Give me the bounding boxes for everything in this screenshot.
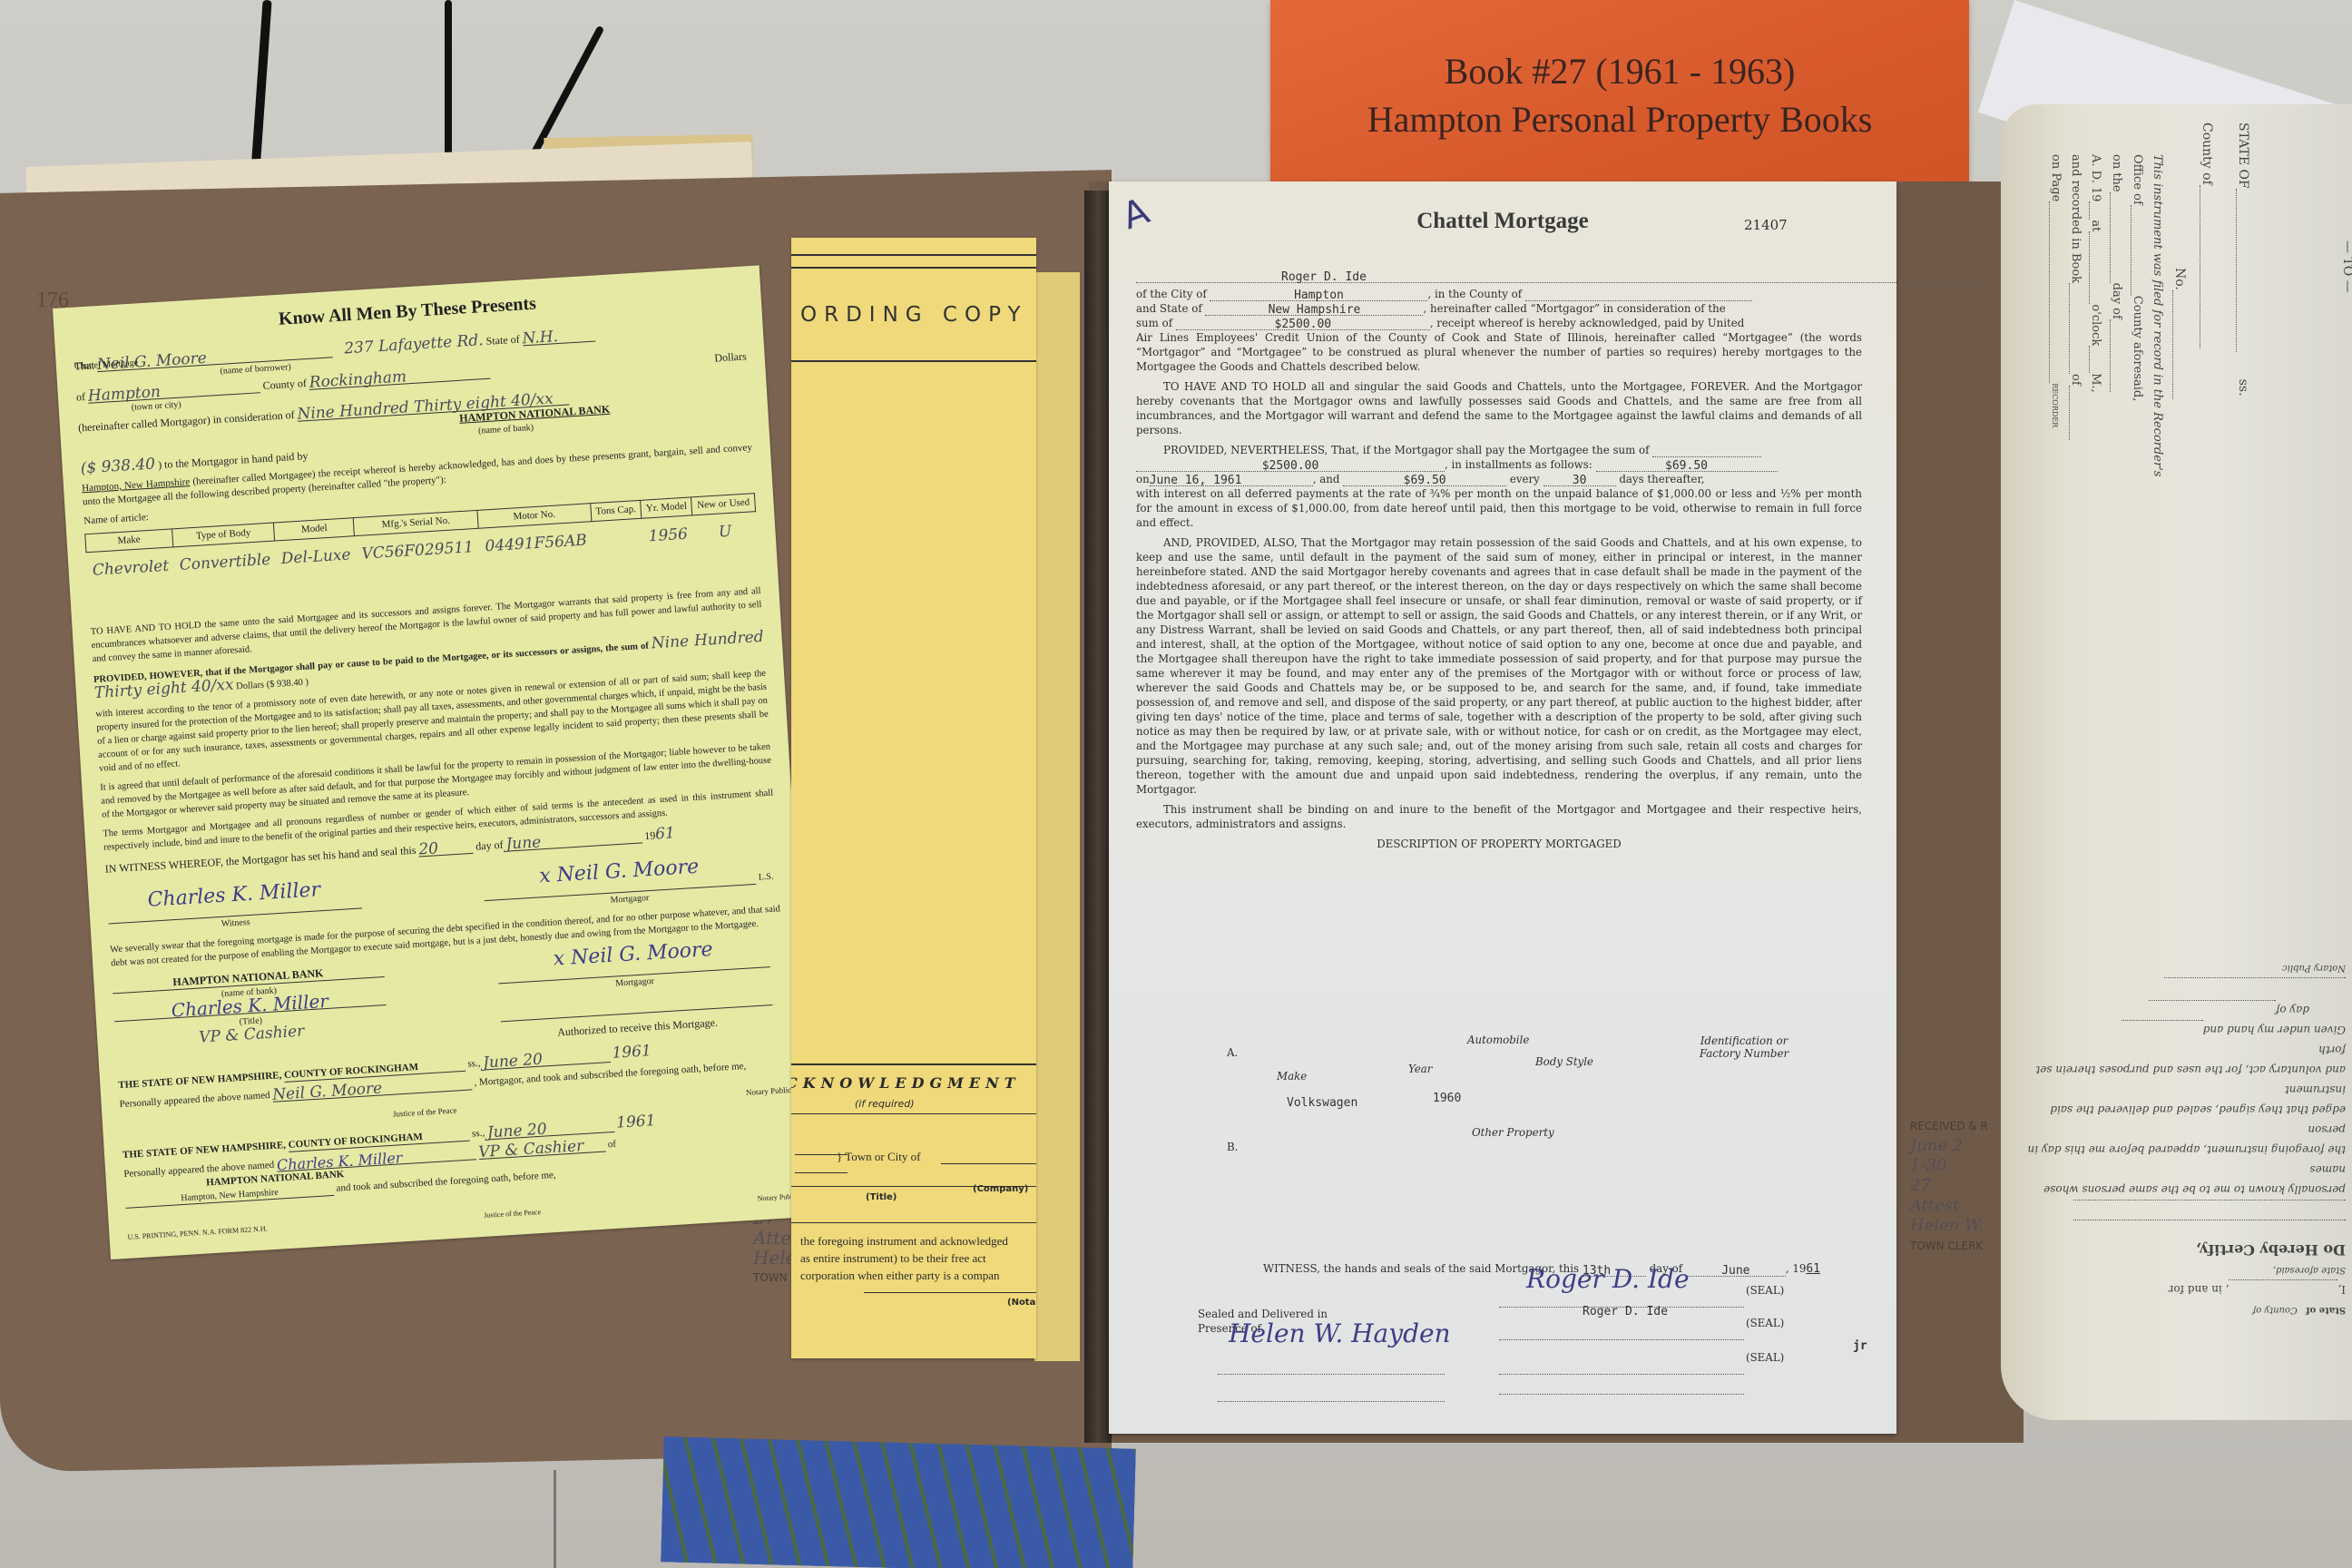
cert-notary-public: Notary Public [2010,957,2346,977]
cable [250,0,271,172]
recording-copy-strip: ORDING COPY CKNOWLEDGMENT (if required) … [791,238,1036,1358]
days-label: days thereafter, [1619,473,1704,485]
book-label-sign: Book #27 (1961 - 1963) Hampton Personal … [1270,0,1969,181]
installments-label: , in installments as follows: [1445,458,1592,471]
witness-day: 20 [418,840,474,857]
office-of-label: Office of [2131,154,2144,205]
property-table-cell [592,518,644,558]
table-edge [554,1470,556,1568]
stamp-book: 27 [1910,1176,1988,1196]
cert-line: personally known to me to be the same pe… [2010,1160,2346,1200]
dollars-label: Dollars [714,349,747,365]
seal-label: (SEAL) [1746,1316,1784,1330]
justice-caption: Justice of the Peace [484,1205,542,1222]
state-of-label: STATE OF [2236,122,2250,189]
to-label: — TO — [2340,240,2352,293]
sum-label: sum of [1136,317,1172,329]
stamp-on: June 2 [1910,1136,1988,1156]
ad-row: A. D. 19ato'clockM., [2089,154,2102,393]
provided-also-paragraph: AND, PROVIDED, ALSO, That the Mortgagor … [1136,535,1862,797]
if-required-label: (if required) [855,1098,915,1110]
cert-i-label: I, [2337,1283,2346,1296]
cert-state-aforesaid: State aforesaid, [2010,1259,2346,1279]
property-table-cell: U [692,512,758,553]
book-row: and recorded in Bookof [2069,154,2082,440]
sign-subtitle: Hampton Personal Property Books [1270,98,1969,141]
ack-body-line: as entire instrument) to be their free a… [800,1249,1036,1267]
installment-amount: $69.50 [1665,459,1708,473]
description-heading: DESCRIPTION OF PROPERTY MORTGAGED [1136,837,1862,851]
mortgagor-name: Roger D. Ide [1281,270,1367,284]
county-aforesaid: County aforesaid, [2131,296,2144,402]
property-table-cell: 1956 [642,515,695,555]
sign-title: Book #27 (1961 - 1963) [1270,50,1969,93]
year-prefix: , 19 [1786,1262,1807,1275]
chattel-mortgage-document: A Chattel Mortgage 21407 Roger D. Ide of… [1109,181,1896,1434]
ack-body: the foregoing instrument and acknowledge… [800,1232,1036,1284]
subsequent-amount: $69.50 [1404,474,1446,487]
witness-year: 61 [655,824,676,843]
day-of-label: day of [475,838,504,853]
binding-paragraph: This instrument shall be binding on and … [1136,802,1862,831]
consideration-label: (hereinafter called Mortgagor) in consid… [78,408,295,435]
ack1-state: THE STATE OF NEW HAMPSHIRE, [118,1070,282,1091]
seal-label: (SEAL) [1746,1283,1784,1298]
cert-day-of: day of [2276,1004,2309,1016]
state-value: New Hampshire [1269,303,1361,317]
town-label: of [76,390,86,404]
witness-month: June [505,829,642,851]
title-caption: (Title) [866,1192,897,1202]
cert-do-hereby-certify: Do Hereby Certify, [2010,1240,2346,1259]
cert-line: and voluntary act, for the uses and purp… [2010,1040,2346,1080]
state-of-row: STATE OFss. [2236,122,2250,397]
paid-by-text: ) to the Mortgagor in hand paid by [158,449,309,471]
town-or-city-label: } Town or City of [837,1150,920,1164]
cert-state-of: State of [2306,1305,2346,1315]
form-footer-print: U.S. PRINTING, PENN. N.A. FORM 822 N.H. [127,1221,268,1243]
no-label: No. [2172,268,2187,290]
state-label: and State of [1136,302,1202,315]
notary-certificate: State of County of I,, in and for State … [2010,957,2346,1319]
ack2-year: 1961 [616,1112,656,1132]
ack-body-line: the foregoing instrument and acknowledge… [800,1232,1036,1249]
document-number: 21407 [1744,218,1788,232]
witness-signature: Helen W. Hayden [1229,1327,1451,1341]
day-of-label: day of [2110,283,2123,319]
ack-body-line: corporation when either party is a compa… [800,1267,1036,1284]
county-of-row: County of [2200,122,2214,348]
section-b: B. [1227,1140,1238,1154]
ack1-date: June 20 [483,1049,611,1071]
city-label: of the City of [1136,288,1207,300]
make-column-label: Make [1277,1069,1307,1083]
company-caption: (Company) [973,1184,1028,1194]
cable [445,0,452,159]
witness-month: June [1721,1264,1749,1278]
hold-paragraph: TO HAVE AND TO HOLD all and singular the… [1136,379,1862,437]
office-row: Office ofCounty aforesaid, [2131,154,2144,401]
cert-in-and-for: , in and for [2169,1283,2229,1296]
cert-state-county: State of County of [2010,1299,2346,1319]
oclock-label: o'clock [2089,304,2102,346]
notary-caption: (Nota [1007,1298,1035,1308]
year-prefix: 19 [644,829,656,843]
stamp-clerk: Helen W. [1910,1216,1988,1236]
ack1-appeared: Personally appeared the above named [119,1090,270,1110]
ls-label: L.S. [759,872,774,883]
blue-tape [661,1436,1135,1568]
ack2-of: of [607,1139,616,1151]
provided-sum: $2500.00 [1262,459,1319,473]
ss-label: ss. [2236,379,2250,397]
stamp-heading: RECEIVED & R [1910,1116,1988,1136]
book-spine [1084,191,1112,1443]
section-a: A. [1227,1045,1238,1060]
county-label: , in the County of [1427,288,1522,300]
city-value: Hampton [1294,289,1344,302]
property-table-cell: Chevrolet [86,547,175,589]
state-suffix: , hereinafter called “Mortgagor” in cons… [1423,302,1725,315]
strip-underlayer [1034,272,1080,1361]
stamp-footer: TOWN CLERK [1910,1236,1988,1256]
automobile-label: Automobile [1467,1033,1529,1047]
amount-paren: ($ 938.40 [80,455,155,477]
provided-dollars: Dollars ($ 938.40 ) [236,678,309,692]
stamp-attest: Attest [1910,1196,1988,1216]
on-page-label: on Page [2049,154,2063,201]
no-row: No. [2172,268,2187,399]
interest-paragraph: with interest on all deferred payments a… [1136,486,1862,530]
property-table-cell: Convertible [173,541,278,583]
ack1-ss: ss., [467,1058,481,1070]
left-mortgage-form: Chattel Mortgage Know All Men By These P… [53,265,818,1259]
cert-given-under: Given under my hand and [2203,1024,2346,1036]
provided-lead: PROVIDED, NEVERTHELESS, That, if the Mor… [1163,444,1650,456]
recorded-in-book-label: and recorded in Book [2069,154,2082,283]
sum-value: $2500.00 [1275,318,1332,331]
cert-county-of: County of [2253,1305,2298,1315]
notary-caption: Notary Public [745,1083,791,1100]
ack1-year: 1961 [612,1042,652,1063]
ad-label: A. D. 19 [2089,154,2102,201]
cert-line: edged that they signed, sealed and deliv… [2010,1080,2346,1120]
other-property-label: Other Property [1472,1125,1554,1140]
county-value [1525,288,1752,301]
property-table-cell: VC56F029511 [355,528,481,573]
stamp-at: 1-30 [1910,1156,1988,1176]
sum-suffix: , receipt whereof is hereby acknowledged… [1430,317,1744,329]
page-row: on PageRECORDER [2049,154,2063,427]
state-label: State of [485,333,520,348]
mortgagor-signature: Roger D. Ide [1526,1272,1690,1287]
county-of-label: County of [2200,122,2214,185]
witness-year: 61 [1806,1262,1820,1276]
ack2-date: June 20 [486,1119,614,1141]
recorder-label: RECORDER [2051,383,2059,427]
on-label: on [1136,473,1150,485]
justice-caption: Justice of the Peace [392,1103,457,1121]
interval-days: 30 [1573,474,1587,487]
of-label: of [2069,374,2082,386]
on-the-row: on theday of [2110,154,2123,392]
year-column-label: Year [1408,1062,1432,1076]
on-the-label: on the [2110,154,2123,192]
acknowledgment-heading: CKNOWLEDGMENT [791,1074,1021,1092]
ack2-state: THE STATE OF NEW HAMPSHIRE, [122,1140,287,1161]
first-payment-date: June 16, 1961 [1150,474,1242,487]
every-label: every [1510,473,1540,485]
vehicle-year: 1960 [1433,1092,1461,1106]
seal-label: (SEAL) [1746,1350,1784,1365]
property-table-cell: Del-Luxe [275,536,357,578]
ident-column-label: Identification or Factory Number [1690,1034,1798,1060]
and-label: , and [1313,473,1340,485]
rolled-recorder-page: — TO — STATE OFss. County of No. This in… [2001,104,2352,1420]
cert-line: the foregoing instrument, appeared befor… [2010,1120,2346,1160]
county-label: County of [262,377,307,392]
initials: jr [1853,1339,1867,1354]
recording-copy-label: ORDING COPY [800,303,1028,327]
received-stamp-right: RECEIVED & R June 2 1-30 27 Attest Helen… [1910,1116,1988,1256]
intro-paragraph: Air Lines Employees' Credit Union of the… [1136,330,1862,374]
ack2-ss: ss., [472,1128,485,1140]
property-table-cell: 04491F56AB [478,522,593,565]
vehicle-make: Volkswagen [1287,1096,1357,1111]
body-style-column-label: Body Style [1535,1054,1593,1069]
mortgagor-typed-name: Roger D. Ide [1583,1305,1668,1319]
filed-text: This instrument was filed for record in … [2151,154,2164,476]
at-label: at [2089,220,2102,231]
m-label: M., [2089,373,2102,393]
